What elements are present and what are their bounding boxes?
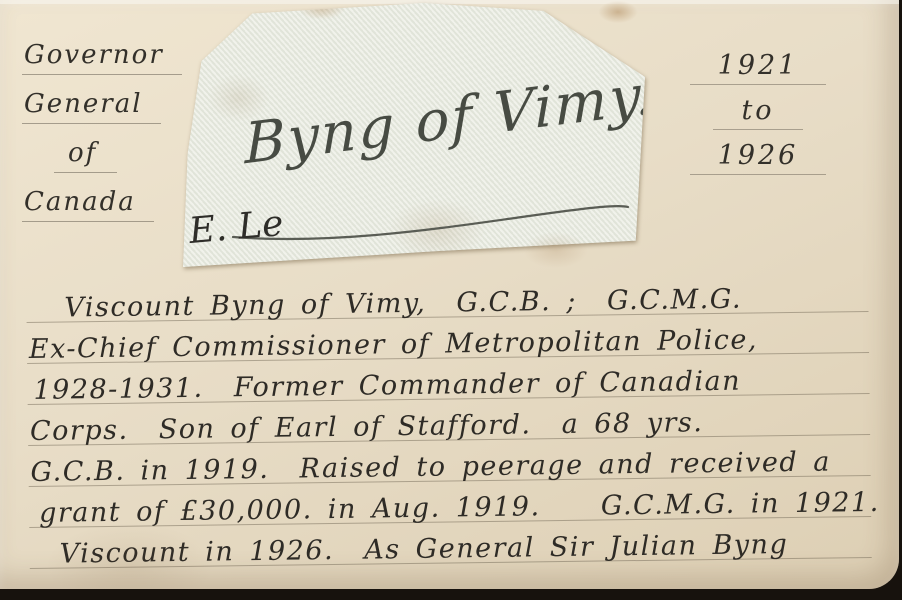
note-line-text: Ex-Chief Commissioner of Metropolitan Po… <box>29 324 758 365</box>
note-line-text: Viscount Byng of Vimy, G.C.B. ; G.C.M.G. <box>64 284 742 324</box>
note-line-text: 1928-1931. Former Commander of Canadian <box>33 366 741 406</box>
title-line: of <box>54 138 182 173</box>
secondary-signature-fragment: E. Le <box>187 203 285 252</box>
tenure-line: to <box>648 95 868 130</box>
note-line-text: Viscount in 1926. As General Sir Julian … <box>59 529 788 570</box>
signature-flourish-stroke <box>229 189 633 247</box>
title-line: General <box>22 89 182 124</box>
title-line-text: Governor <box>22 40 182 75</box>
tenure-line-text: 1921 <box>690 50 827 85</box>
title-line: Canada <box>22 187 182 222</box>
note-line-text: Corps. Son of Earl of Stafford. a 68 yrs… <box>30 407 704 447</box>
title-line-text: General <box>22 89 161 124</box>
note-line-text: G.C.B. in 1919. Raised to peerage and re… <box>30 446 831 487</box>
title-block: Governor General of Canada <box>22 40 182 236</box>
tenure-line: 1921 <box>648 50 868 85</box>
title-line-text: Canada <box>22 187 154 222</box>
tenure-line-text: to <box>713 95 802 130</box>
title-line-text: of <box>54 138 117 173</box>
notes-block: Viscount Byng of Vimy, G.C.B. ; G.C.M.G.… <box>26 276 876 574</box>
album-page: Governor General of Canada 1921 to 1926 <box>0 0 899 589</box>
tenure-line: 1926 <box>648 140 868 175</box>
album-page-scan: Governor General of Canada 1921 to 1926 <box>0 0 902 600</box>
signature-clipping: Byng of Vimy. E. Le <box>183 3 645 267</box>
tenure-line-text: 1926 <box>690 140 827 175</box>
signature-text: Byng of Vimy. <box>244 62 655 178</box>
title-line: Governor <box>22 40 182 75</box>
signature-clipping-wrap: Byng of Vimy. E. Le <box>183 3 645 267</box>
tenure-dates-block: 1921 to 1926 <box>648 50 868 185</box>
